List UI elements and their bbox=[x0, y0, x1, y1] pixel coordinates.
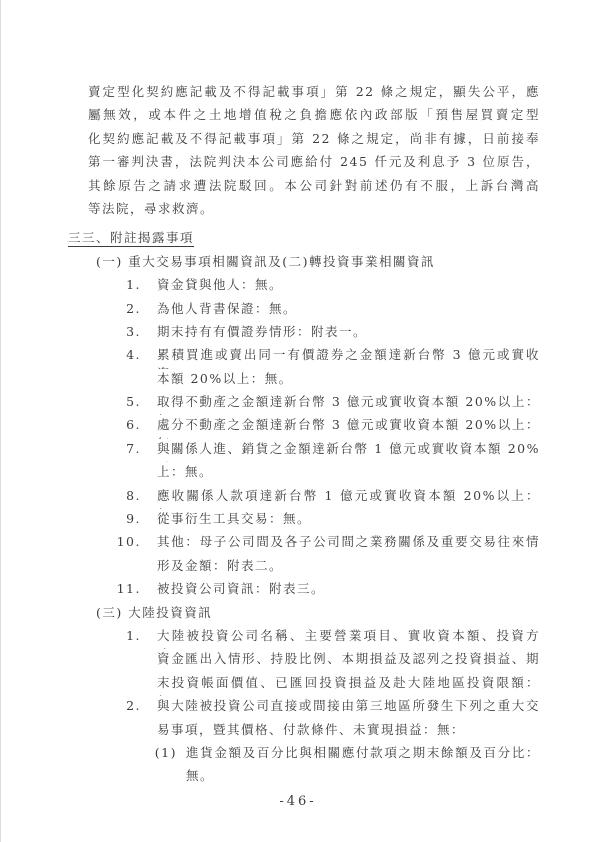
list-item-text: 為他人背書保證：無。 bbox=[157, 299, 540, 322]
list-item-number: 9. bbox=[0, 509, 141, 532]
list-item: 4. 累積買進或賣出同一有價證券之金額達新台幣 3 億元或實收資 bbox=[0, 345, 596, 368]
list-item: 8. 應收關係人款項達新台幣 1 億元或實收資本額 20%以上：無。 bbox=[0, 486, 596, 509]
list-item-number: 6. bbox=[0, 415, 141, 438]
list-item-number: 1. bbox=[0, 275, 141, 298]
list-item: 1. 大陸被投資公司名稱、主要營業項目、實收資本額、投資方式、 bbox=[0, 626, 596, 649]
list-item-continuation: 末投資帳面價值、已匯回投資損益及赴大陸地區投資限額：無。 bbox=[0, 673, 596, 696]
list-item-text: 應收關係人款項達新台幣 1 億元或實收資本額 20%以上：無。 bbox=[157, 486, 540, 509]
list-item-number-spacer bbox=[0, 649, 141, 672]
list-item-text: 易事項，暨其價格、付款條件、未實現損益：無： bbox=[157, 720, 540, 743]
sub-list-item-text: 進貨金額及百分比與相關應付款項之期末餘額及百分比： bbox=[186, 743, 540, 766]
list-item: 2. 與大陸被投資公司直接或間接由第三地區所發生下列之重大交 bbox=[0, 696, 596, 719]
list-item-continuation: 易事項，暨其價格、付款條件、未實現損益：無： bbox=[0, 720, 596, 743]
list-item-number: 4. bbox=[0, 345, 141, 368]
list-item-text: 取得不動產之金額達新台幣 3 億元或實收資本額 20%以上：無 bbox=[157, 392, 540, 415]
list-item-text: 上：無。 bbox=[157, 462, 540, 485]
list-item-number-spacer bbox=[0, 369, 141, 392]
sub-list-item-marker-spacer bbox=[0, 766, 177, 789]
list-item: 9. 從事衍生工具交易：無。 bbox=[0, 509, 596, 532]
list-item-number: 11. bbox=[0, 579, 141, 602]
list-item: 11. 被投資公司資訊：附表三。 bbox=[0, 579, 596, 602]
list-item-text: 累積買進或賣出同一有價證券之金額達新台幣 3 億元或實收資 bbox=[157, 345, 540, 368]
list-item-text: 資金貸與他人：無。 bbox=[157, 275, 540, 298]
list-item-text: 處分不動產之金額達新台幣 3 億元或實收資本額 20%以上：無。 bbox=[157, 415, 540, 438]
section-heading: 三三、附註揭露事項 bbox=[68, 228, 596, 251]
page-body: 賣定型化契約應記載及不得記載事項」第 22 條之規定，顯失公平，應 屬無效，或本… bbox=[0, 82, 596, 790]
list-item-text: 末投資帳面價值、已匯回投資損益及赴大陸地區投資限額：無。 bbox=[157, 673, 540, 696]
list-item-text: 從事衍生工具交易：無。 bbox=[157, 509, 540, 532]
paragraph-line: 第一審判決書，法院判決本公司應給付 245 仟元及利息予 3 位原告， bbox=[88, 152, 540, 175]
list-item-number: 1. bbox=[0, 626, 141, 649]
paragraph-line: 其餘原告之請求遭法院駁回。本公司針對前述仍有不服，上訴台灣高 bbox=[88, 176, 540, 199]
subsection1-heading: (一) 重大交易事項相關資訊及(二)轉投資事業相關資訊 bbox=[96, 252, 596, 275]
sub-list-item: (1) 進貨金額及百分比與相關應付款項之期末餘額及百分比： bbox=[0, 743, 596, 766]
paragraph-line: 賣定型化契約應記載及不得記載事項」第 22 條之規定，顯失公平，應 bbox=[88, 82, 540, 105]
list-item-number: 7. bbox=[0, 439, 141, 462]
list-item-number: 2. bbox=[0, 696, 141, 719]
list-item-continuation: 資金匯出入情形、持股比例、本期損益及認列之投資損益、期 bbox=[0, 649, 596, 672]
list-item: 7. 與關係人進、銷貨之金額達新台幣 1 億元或實收資本額 20%以 bbox=[0, 439, 596, 462]
page-number: -46- bbox=[0, 794, 596, 809]
list-item-text: 本額 20%以上：無。 bbox=[157, 369, 540, 392]
paragraph-line: 等法院，尋求救濟。 bbox=[88, 199, 540, 222]
list-item-number-spacer bbox=[0, 673, 141, 696]
list-item-text: 形及金額：附表二。 bbox=[157, 556, 540, 579]
list-item-continuation: 本額 20%以上：無。 bbox=[0, 369, 596, 392]
list-item-text: 與大陸被投資公司直接或間接由第三地區所發生下列之重大交 bbox=[157, 696, 540, 719]
sub-list-item-continuation: 無。 bbox=[0, 766, 596, 789]
list-item-number-spacer bbox=[0, 462, 141, 485]
list-item-number-spacer bbox=[0, 720, 141, 743]
paragraph-line: 屬無效，或本件之土地增值稅之負擔應依內政部版「預售屋買賣定型 bbox=[88, 105, 540, 128]
list-item-text: 其他：母子公司間及各子公司間之業務關係及重要交易往來情 bbox=[157, 532, 540, 555]
sub-list-item-marker: (1) bbox=[0, 743, 177, 766]
intro-paragraph: 賣定型化契約應記載及不得記載事項」第 22 條之規定，顯失公平，應 屬無效，或本… bbox=[0, 82, 596, 222]
subsection3-heading: (三) 大陸投資資訊 bbox=[96, 603, 596, 626]
list-item-continuation: 上：無。 bbox=[0, 462, 596, 485]
list-item-continuation: 形及金額：附表二。 bbox=[0, 556, 596, 579]
list-item: 10. 其他：母子公司間及各子公司間之業務關係及重要交易往來情 bbox=[0, 532, 596, 555]
paragraph-line: 化契約應記載及不得記載事項」第 22 條之規定，尚非有據，日前接奉 bbox=[88, 129, 540, 152]
list-item-number: 5. bbox=[0, 392, 141, 415]
list-item: 3. 期末持有有價證券情形：附表一。 bbox=[0, 322, 596, 345]
list-item-number: 3. bbox=[0, 322, 141, 345]
list-item-number: 10. bbox=[0, 532, 141, 555]
list-item: 6. 處分不動產之金額達新台幣 3 億元或實收資本額 20%以上：無。 bbox=[0, 415, 596, 438]
list-item-text: 期末持有有價證券情形：附表一。 bbox=[157, 322, 540, 345]
list-item-text: 大陸被投資公司名稱、主要營業項目、實收資本額、投資方式、 bbox=[157, 626, 540, 649]
list-item-number: 8. bbox=[0, 486, 141, 509]
sub-list-item-text: 無。 bbox=[186, 766, 540, 789]
list-item-number: 2. bbox=[0, 299, 141, 322]
list-item-text: 資金匯出入情形、持股比例、本期損益及認列之投資損益、期 bbox=[157, 649, 540, 672]
document-page: 賣定型化契約應記載及不得記載事項」第 22 條之規定，顯失公平，應 屬無效，或本… bbox=[0, 0, 596, 842]
list-item-text: 與關係人進、銷貨之金額達新台幣 1 億元或實收資本額 20%以 bbox=[157, 439, 540, 462]
list-item: 1. 資金貸與他人：無。 bbox=[0, 275, 596, 298]
list-item: 2. 為他人背書保證：無。 bbox=[0, 299, 596, 322]
list-item: 5. 取得不動產之金額達新台幣 3 億元或實收資本額 20%以上：無 bbox=[0, 392, 596, 415]
list-item-text: 被投資公司資訊：附表三。 bbox=[157, 579, 540, 602]
list-item-number-spacer bbox=[0, 556, 141, 579]
